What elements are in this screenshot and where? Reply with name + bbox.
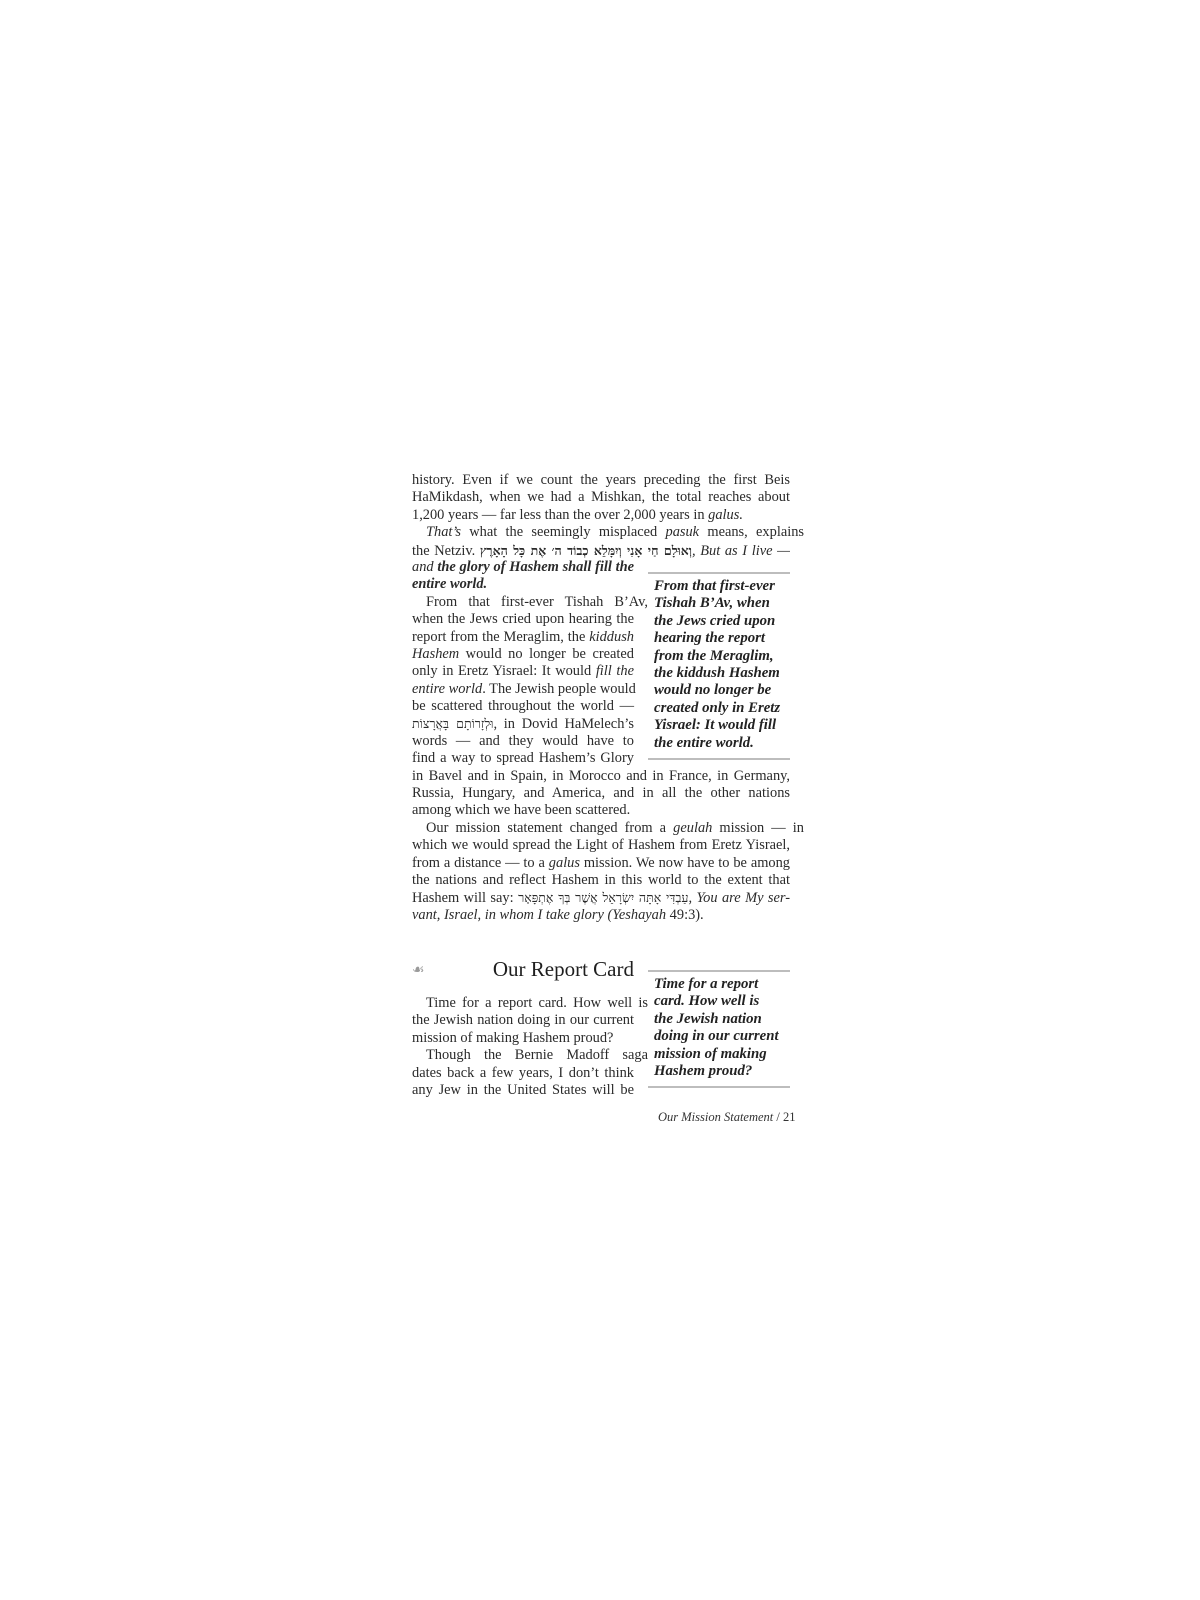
text-line: the Netziv. וְאוּלָם חַי אָנִי וְיִמָּלֵ… bbox=[412, 542, 790, 559]
text-line: the Jewish nation doing in our current bbox=[412, 1012, 634, 1029]
text-line: Russia, Hungary, and America, and in all… bbox=[412, 785, 790, 802]
book-page: history. Even if we count the years prec… bbox=[412, 472, 790, 924]
paragraph-mission-statement: Our mission statement changed from a geu… bbox=[412, 820, 790, 924]
hebrew-verse: וְאוּלָם חַי אָנִי וְיִמָּלֵא כְבוֹד ה׳ … bbox=[480, 543, 692, 558]
text-line: entire world. bbox=[412, 576, 634, 593]
text-line: Hashem will say: עַבְדִּי אָתָּה יִשְׂרָ… bbox=[412, 889, 790, 906]
text-line: Hashem would no longer be created bbox=[412, 646, 634, 663]
hebrew-verse: עַבְדִּי אָתָּה יִשְׂרָאֵל אֲשֶׁר בְּךָ … bbox=[518, 890, 688, 905]
text-line: report from the Meraglim, the kiddush bbox=[412, 629, 634, 646]
pull-quote: Time for a report card. How well is the … bbox=[648, 970, 790, 1088]
text-line: history. Even if we count the years prec… bbox=[412, 472, 790, 489]
text-line: From that first-ever Tishah B’Av, bbox=[412, 594, 648, 611]
hebrew-phrase: וּלְזָרוֹתָם בָּאֲרָצוֹת bbox=[412, 716, 493, 731]
text-line: vant, Israel, in whom I take glory (Yesh… bbox=[412, 907, 790, 924]
text-line: when the Jews cried upon hearing the bbox=[412, 611, 634, 628]
text-line: 1,200 years — far less than the over 2,0… bbox=[412, 507, 790, 524]
text-line: Though the Bernie Madoff saga bbox=[412, 1047, 648, 1064]
text-line: in Bavel and in Spain, in Morocco and in… bbox=[412, 768, 790, 785]
page-number: 21 bbox=[783, 1110, 796, 1124]
text-line: any Jew in the United States will be bbox=[412, 1082, 634, 1099]
text-line: Time for a report card. How well is bbox=[412, 995, 648, 1012]
text-line: mission of making Hashem proud? bbox=[412, 1030, 634, 1047]
fleuron-ornament-icon: ☙ bbox=[412, 962, 425, 979]
text-line: the nations and reflect Hashem in this w… bbox=[412, 872, 790, 889]
text-line: which we would spread the Light of Hashe… bbox=[412, 837, 790, 854]
paragraph-history: history. Even if we count the years prec… bbox=[412, 472, 790, 524]
section-heading: ☙ Our Report Card bbox=[412, 956, 634, 982]
text-line: find a way to spread Hashem’s Glory bbox=[412, 750, 634, 767]
text-line: among which we have been scattered. bbox=[412, 802, 790, 819]
text-line: Our mission statement changed from a geu… bbox=[412, 820, 804, 837]
text-line: That’s what the seemingly misplaced pasu… bbox=[412, 524, 804, 541]
running-footer: Our Mission Statement / 21 bbox=[658, 1110, 796, 1125]
text-line: and the glory of Hashem shall fill the bbox=[412, 559, 634, 576]
text-line: entire world. The Jewish people would bbox=[412, 681, 634, 698]
text-line: dates back a few years, I don’t think bbox=[412, 1065, 634, 1082]
text-line: be scattered throughout the world — bbox=[412, 698, 634, 715]
pull-quote: From that first-ever Tishah B’Av, when t… bbox=[648, 572, 790, 760]
text-line: HaMikdash, when we had a Mishkan, the to… bbox=[412, 489, 790, 506]
text-line: וּלְזָרוֹתָם בָּאֲרָצוֹת, in Dovid HaMel… bbox=[412, 715, 634, 732]
paragraph-report-card: Time for a report card. How well is the … bbox=[412, 995, 648, 1099]
section-title: Our Report Card bbox=[493, 956, 634, 982]
text-line: words — and they would have to bbox=[412, 733, 634, 750]
text-line: from a distance — to a galus mission. We… bbox=[412, 855, 790, 872]
running-title: Our Mission Statement bbox=[658, 1110, 773, 1124]
text-line: only in Eretz Yisrael: It would fill the bbox=[412, 663, 634, 680]
